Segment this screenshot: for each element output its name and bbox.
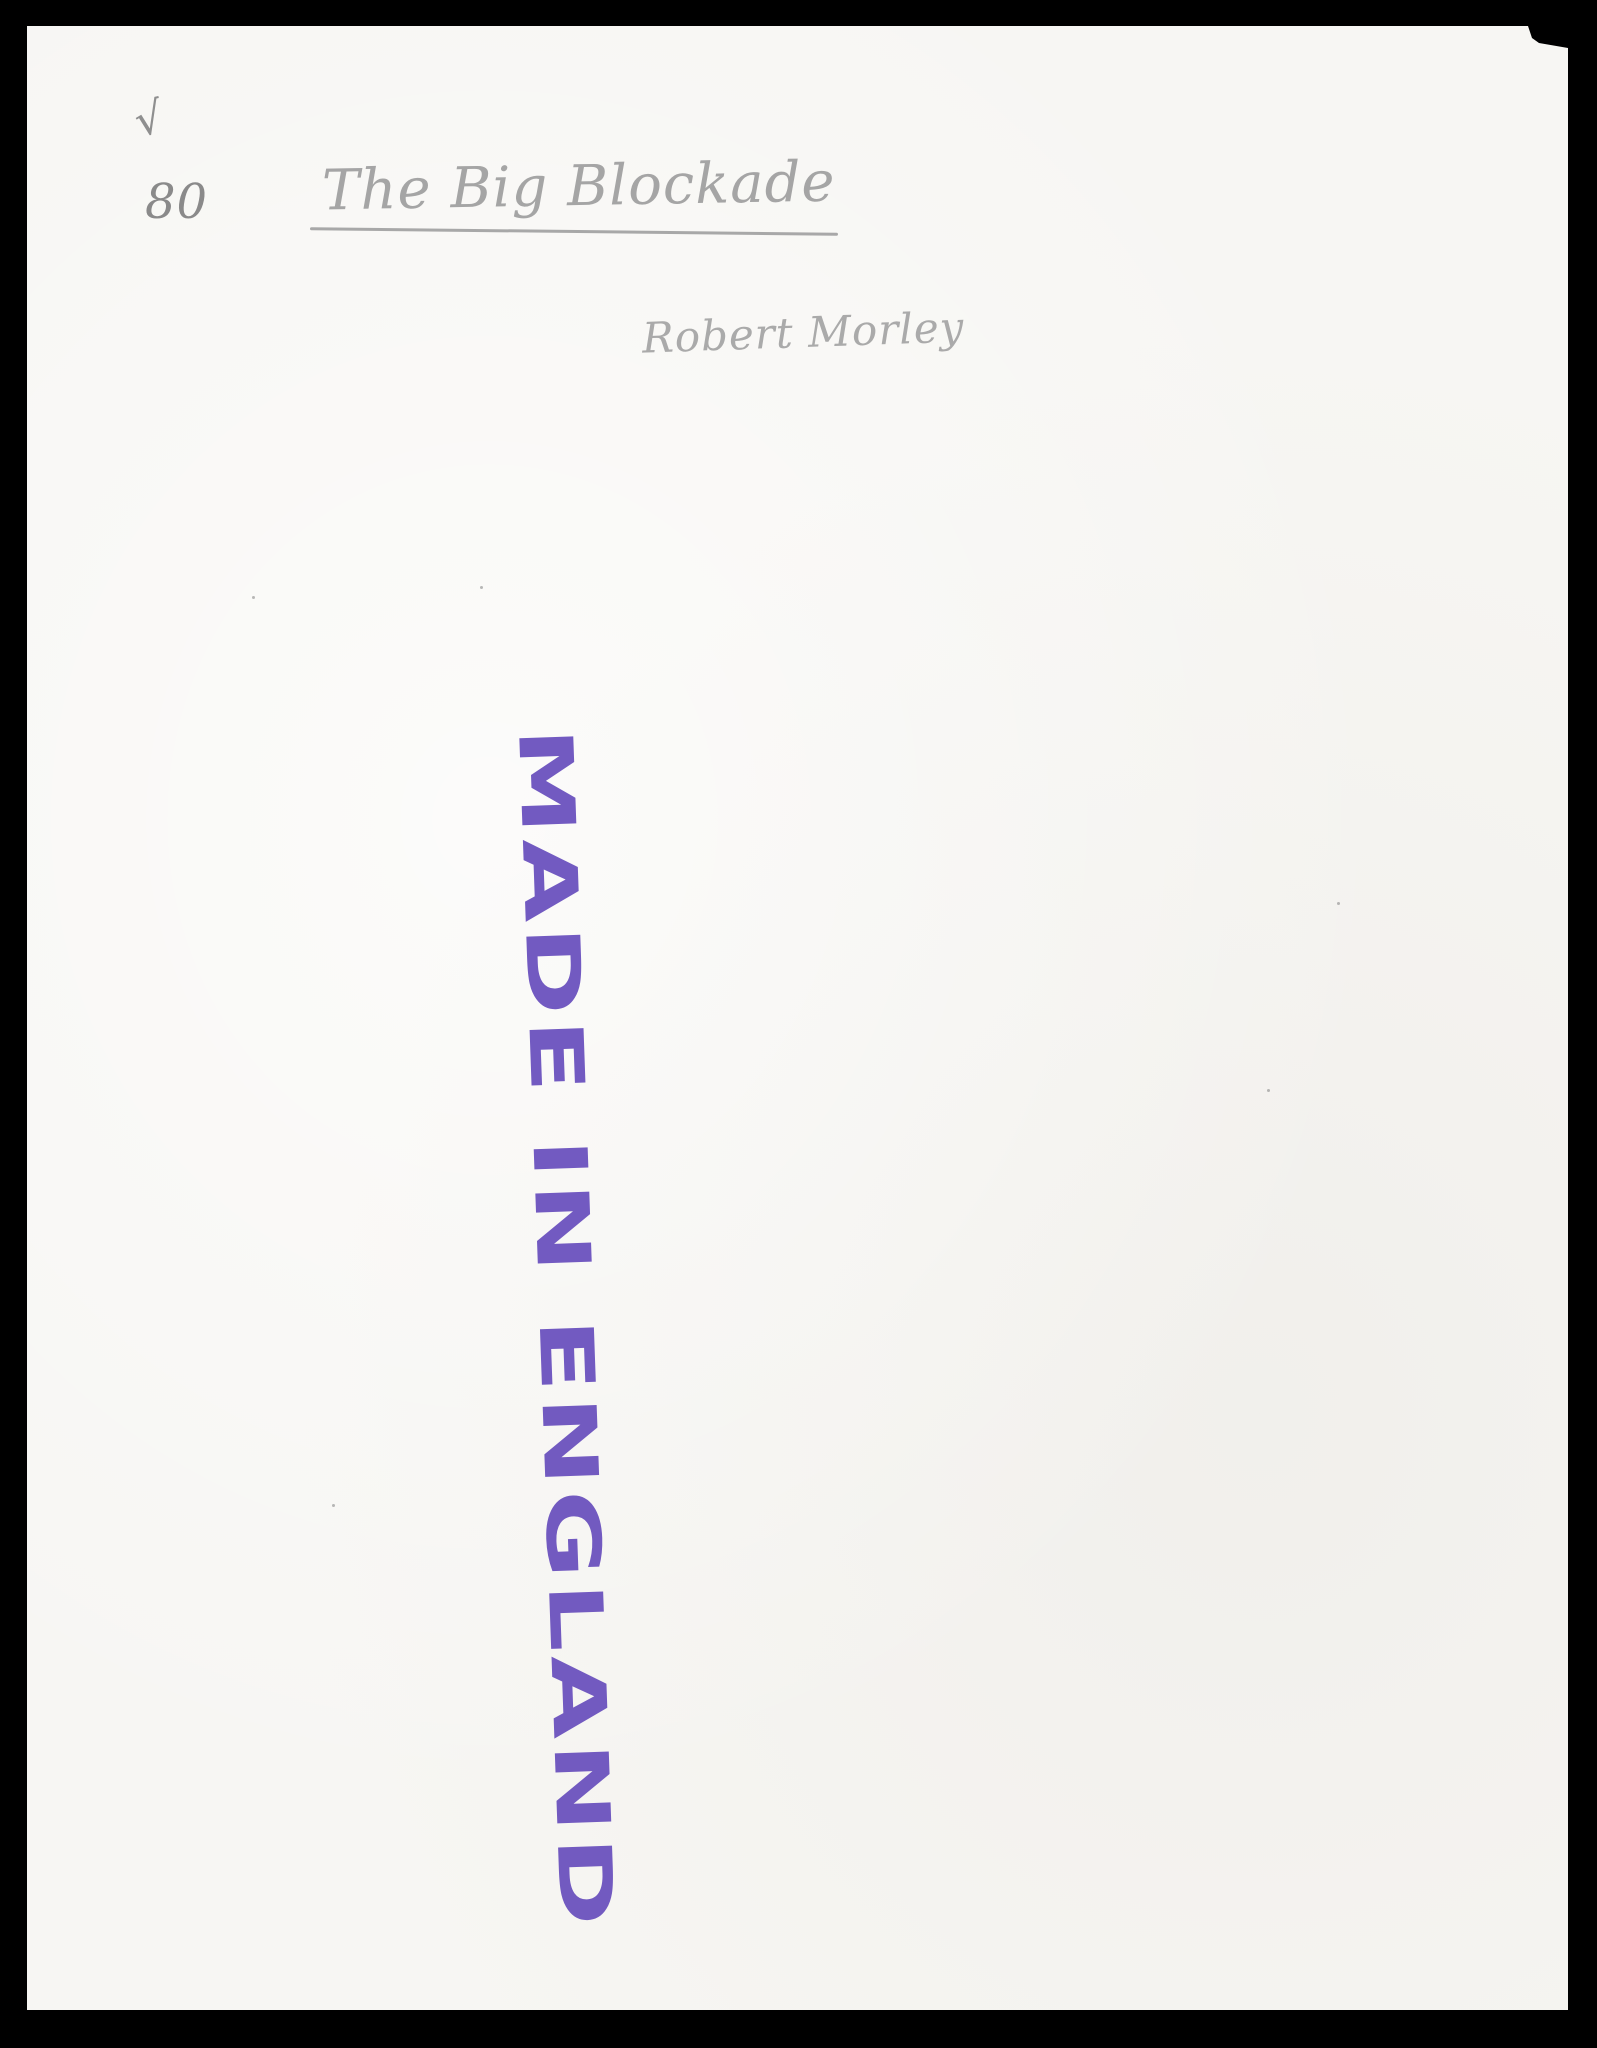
paper-speck bbox=[482, 2028, 485, 2031]
actor-name-note: Robert Morley bbox=[641, 302, 965, 362]
stamp-text: MADE IN ENGLAND bbox=[501, 726, 629, 1932]
paper-speck bbox=[1337, 902, 1340, 905]
check-mark-note: √ bbox=[130, 92, 169, 148]
film-title-note: The Big Blockade bbox=[321, 150, 836, 224]
paper-speck bbox=[480, 586, 483, 589]
paper-speck bbox=[252, 596, 255, 599]
photo-back-paper: √ 80 The Big Blockade Robert Morley MADE… bbox=[27, 26, 1568, 2010]
paper-speck bbox=[332, 1504, 335, 1507]
paper-speck bbox=[1267, 1089, 1270, 1092]
catalog-number-note: 80 bbox=[145, 174, 208, 230]
title-underline bbox=[310, 227, 838, 236]
